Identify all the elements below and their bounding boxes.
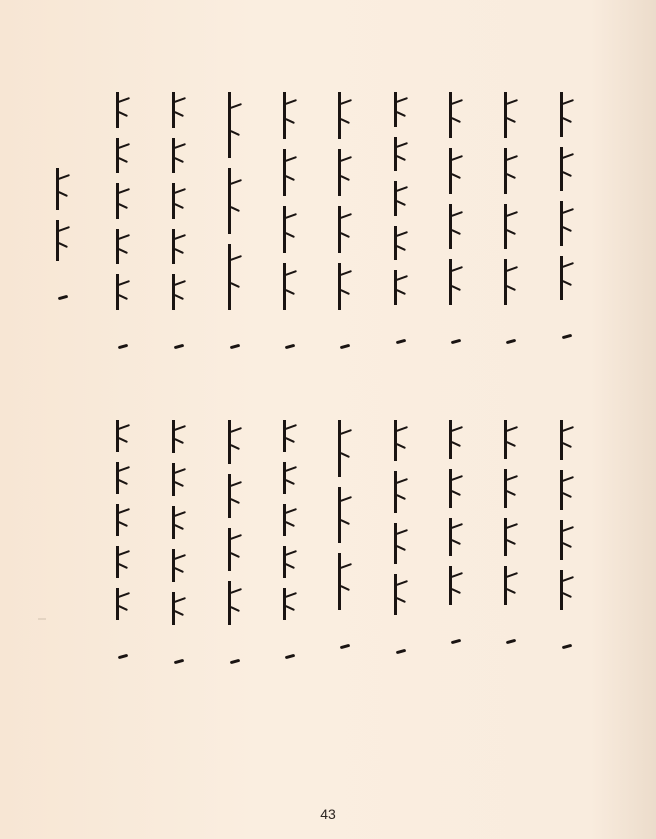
mongolian-word [394, 523, 410, 564]
mongolian-word [116, 504, 132, 536]
mongolian-word [116, 462, 132, 494]
mongolian-word [283, 92, 299, 139]
mongolian-word [228, 244, 244, 310]
mongolian-word [394, 420, 410, 461]
page-number: 43 [0, 806, 656, 822]
mongolian-word [283, 263, 299, 310]
mongolian-word [283, 206, 299, 253]
paper-blemish [38, 618, 46, 620]
mongolian-word [172, 92, 188, 128]
mongolian-word [560, 470, 576, 510]
punctuation-mark [562, 334, 572, 339]
mongolian-word [283, 588, 299, 620]
punctuation-mark [451, 639, 461, 644]
mongolian-word [228, 92, 244, 158]
punctuation-mark [230, 344, 240, 349]
mongolian-word [116, 138, 132, 174]
mongolian-word [394, 270, 410, 305]
mongolian-word [394, 137, 410, 172]
mongolian-word [394, 574, 410, 615]
punctuation-mark [174, 659, 184, 664]
mongolian-word [504, 259, 520, 305]
mongolian-word [172, 592, 188, 625]
mongolian-word [394, 226, 410, 261]
mongolian-word [228, 168, 244, 234]
mongolian-word [394, 92, 410, 127]
punctuation-mark [230, 659, 240, 664]
punctuation-mark [506, 639, 516, 644]
mongolian-word [338, 149, 354, 196]
mongolian-word [172, 463, 188, 496]
mongolian-word [560, 520, 576, 560]
punctuation-mark [118, 654, 128, 659]
mongolian-word [338, 263, 354, 310]
mongolian-word [504, 148, 520, 194]
mongolian-word [560, 201, 576, 246]
mongolian-word [56, 168, 72, 210]
mongolian-word [504, 420, 520, 459]
mongolian-word [449, 566, 465, 605]
mongolian-word [172, 229, 188, 265]
punctuation-mark [285, 344, 295, 349]
punctuation-mark [562, 644, 572, 649]
mongolian-word [228, 581, 244, 625]
mongolian-word [228, 528, 244, 572]
mongolian-word [449, 148, 465, 194]
mongolian-word [283, 420, 299, 452]
mongolian-word [283, 504, 299, 536]
mongolian-word [504, 518, 520, 557]
punctuation-mark [396, 339, 406, 344]
mongolian-word [172, 506, 188, 539]
punctuation-mark [340, 644, 350, 649]
mongolian-word [116, 546, 132, 578]
mongolian-word [283, 546, 299, 578]
mongolian-word [172, 274, 188, 310]
mongolian-word [394, 471, 410, 512]
punctuation-mark [340, 344, 350, 349]
mongolian-word [504, 204, 520, 250]
mongolian-word [449, 259, 465, 305]
punctuation-mark [396, 649, 406, 654]
mongolian-word [56, 220, 72, 262]
mongolian-word [172, 138, 188, 174]
punctuation-mark [451, 339, 461, 344]
mongolian-word [116, 274, 132, 310]
mongolian-word [283, 462, 299, 494]
mongolian-word [504, 92, 520, 138]
mongolian-word [560, 147, 576, 192]
punctuation-mark [118, 344, 128, 349]
mongolian-word [449, 469, 465, 508]
mongolian-word [228, 420, 244, 464]
mongolian-word [504, 566, 520, 605]
mongolian-word [394, 181, 410, 216]
punctuation-mark [285, 654, 295, 659]
mongolian-word [283, 149, 299, 196]
mongolian-word [228, 474, 244, 518]
mongolian-word [116, 420, 132, 452]
mongolian-word [338, 420, 354, 477]
mongolian-word [560, 570, 576, 610]
punctuation-mark [174, 344, 184, 349]
punctuation-mark [58, 295, 68, 300]
mongolian-word [560, 256, 576, 301]
mongolian-word [338, 487, 354, 544]
mongolian-word [449, 92, 465, 138]
punctuation-mark [506, 339, 516, 344]
mongolian-word [172, 420, 188, 453]
mongolian-word [560, 92, 576, 137]
mongolian-word [338, 553, 354, 610]
mongolian-word [116, 588, 132, 620]
mongolian-word [449, 204, 465, 250]
mongolian-word [449, 518, 465, 557]
mongolian-word [504, 469, 520, 508]
mongolian-word [338, 92, 354, 139]
mongolian-word [338, 206, 354, 253]
mongolian-word [449, 420, 465, 459]
mongolian-word [172, 549, 188, 582]
mongolian-word [560, 420, 576, 460]
mongolian-word [172, 183, 188, 219]
mongolian-word [116, 92, 132, 128]
mongolian-word [116, 229, 132, 265]
mongolian-word [116, 183, 132, 219]
